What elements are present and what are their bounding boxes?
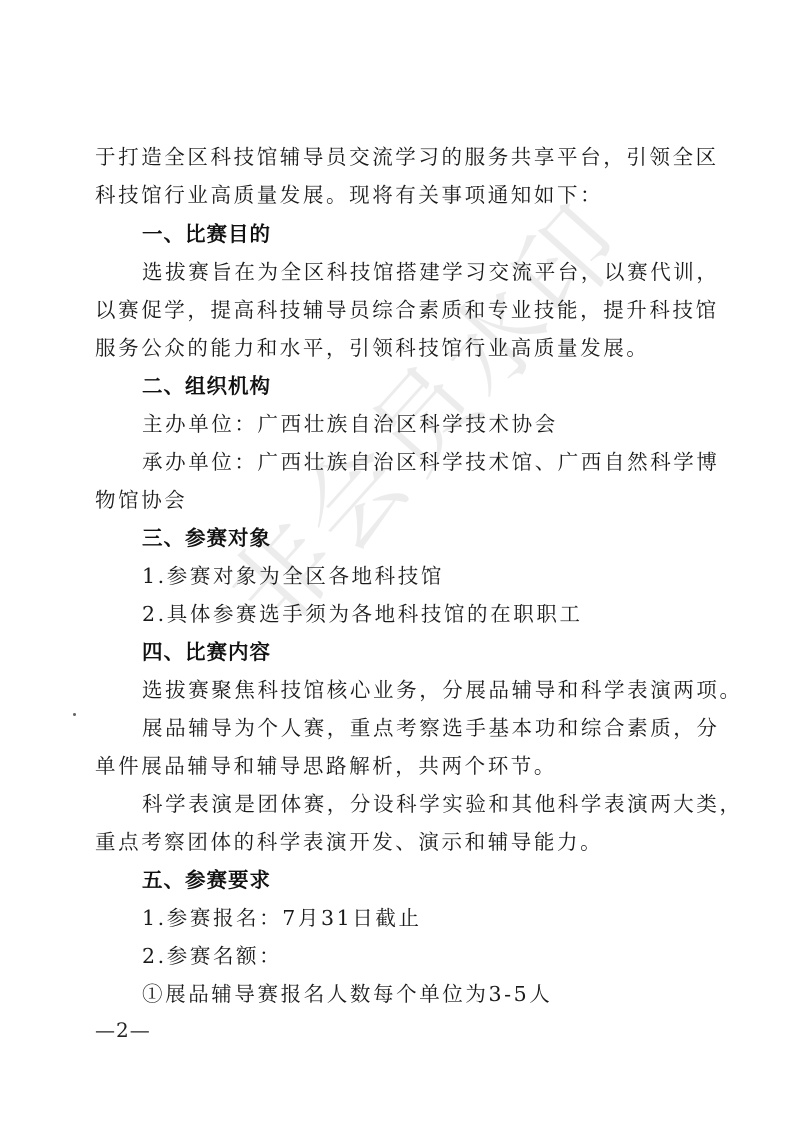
co-organizer-line: 承办单位：广西壮族自治区科学技术馆、广西自然科学博 xyxy=(142,447,742,477)
section-heading-1: 一、比赛目的 xyxy=(142,219,742,249)
body-line: 重点考察团体的科学表演开发、演示和辅导能力。 xyxy=(95,827,695,857)
scan-speck xyxy=(73,713,76,716)
list-item: 2.具体参赛选手须为各地科技馆的在职职工 xyxy=(142,599,742,629)
document-page: 非会员水印 于打造全区科技馆辅导员交流学习的服务共享平台，引领全区 科技馆行业高… xyxy=(0,0,793,1121)
list-item: ①展品辅导赛报名人数每个单位为3-5人 xyxy=(142,979,742,1009)
list-item: 1.参赛报名：7月31日截止 xyxy=(142,903,742,933)
body-line: 服务公众的能力和水平，引领科技馆行业高质量发展。 xyxy=(95,333,695,363)
body-line: 于打造全区科技馆辅导员交流学习的服务共享平台，引领全区 xyxy=(95,142,695,172)
body-line: 科学表演是团体赛，分设科学实验和其他科学表演两大类， xyxy=(142,789,742,819)
body-line: 选拔赛聚焦科技馆核心业务，分展品辅导和科学表演两项。 xyxy=(142,675,742,705)
organizer-line: 主办单位：广西壮族自治区科学技术协会 xyxy=(142,409,742,439)
body-line: 单件展品辅导和辅导思路解析，共两个环节。 xyxy=(95,751,695,781)
body-line: 科技馆行业高质量发展。现将有关事项通知如下： xyxy=(95,180,695,210)
section-heading-5: 五、参赛要求 xyxy=(142,865,742,895)
list-item: 2.参赛名额： xyxy=(142,941,742,971)
body-line: 物馆协会 xyxy=(95,485,695,515)
body-line: 选拔赛旨在为全区科技馆搭建学习交流平台，以赛代训， xyxy=(142,257,742,287)
list-item: 1.参赛对象为全区各地科技馆 xyxy=(142,561,742,591)
section-heading-3: 三、参赛对象 xyxy=(142,523,742,553)
section-heading-2: 二、组织机构 xyxy=(142,371,742,401)
section-heading-4: 四、比赛内容 xyxy=(142,637,742,667)
page-number: —2— xyxy=(95,1018,151,1042)
body-line: 展品辅导为个人赛，重点考察选手基本功和综合素质，分 xyxy=(142,713,742,743)
body-line: 以赛促学，提高科技辅导员综合素质和专业技能，提升科技馆 xyxy=(95,295,695,325)
